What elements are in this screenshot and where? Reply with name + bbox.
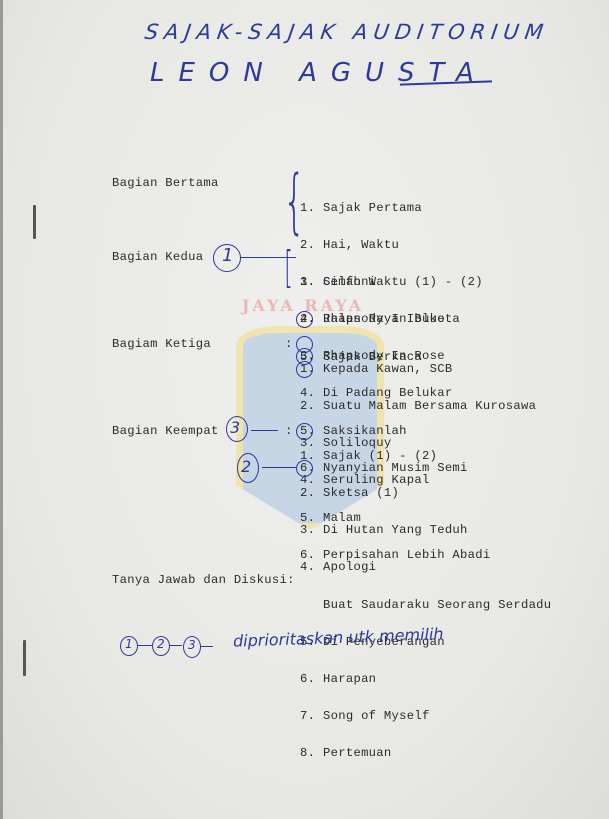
note-number: 3 xyxy=(188,638,196,652)
section-label-3: Bagiam Ketiga xyxy=(112,338,211,350)
ink-circle xyxy=(296,423,313,440)
ink-dash xyxy=(201,646,213,647)
list-item: 2.Sketsa (1) xyxy=(300,487,551,499)
section-list-4: 1.Sajak (1) - (2) 2.Sketsa (1) 3.Di Huta… xyxy=(300,425,551,785)
ink-circle xyxy=(296,311,313,328)
ink-dash xyxy=(169,645,182,646)
ink-circle xyxy=(296,460,313,477)
list-item: 1.Sajak Pertama xyxy=(300,202,483,214)
staple-mark xyxy=(23,640,26,676)
list-item: 7.Song of Myself xyxy=(300,710,551,722)
section-label-4: Bagian Keempat xyxy=(112,425,219,437)
list-item: 1.Simfoni xyxy=(300,276,468,288)
section-label-2: Bagian Kedua xyxy=(112,251,203,263)
list-item: 2.Hai, Waktu xyxy=(300,239,483,251)
list-item: 2.Suatu Malam Bersama Kurosawa xyxy=(300,400,536,412)
section-label-1: Bagian Bertama xyxy=(112,177,219,189)
ink-dash xyxy=(137,645,152,646)
list-item: 3.Di Hutan Yang Teduh xyxy=(300,524,551,536)
list-item: 1.Kepada Kawan, SCB xyxy=(300,363,536,375)
list-item: 8.Pertemuan xyxy=(300,747,551,759)
handwritten-title: SAJAK-SAJAK AUDITORIUM xyxy=(143,20,550,44)
page-binding-edge xyxy=(0,0,3,819)
list-item: 4.Apologi xyxy=(300,561,551,573)
list-item: 1.Sajak (1) - (2) xyxy=(300,450,551,462)
list-item: 2.Jalan Raya Ibukota xyxy=(300,313,468,325)
note-number: 2 xyxy=(157,637,165,651)
annotation-number: 3 xyxy=(230,418,240,437)
document-page: JAYA RAYA SAJAK-SAJAK AUDITORIUM LEON AG… xyxy=(0,0,609,819)
colon: : xyxy=(285,425,293,437)
staple-mark xyxy=(33,205,36,239)
colon: : xyxy=(285,338,293,350)
discussion-label: Tanya Jawab dan Diskusi: xyxy=(112,574,295,586)
ink-arrow-line xyxy=(251,430,278,431)
ink-brace: [ xyxy=(284,242,293,293)
ink-circle xyxy=(296,361,313,378)
list-item: 6.Harapan xyxy=(300,673,551,685)
list-item: Buat Saudaraku Seorang Serdadu xyxy=(300,599,551,611)
note-number: 1 xyxy=(125,637,133,651)
annotation-number: 2 xyxy=(241,457,251,476)
annotation-number: 1 xyxy=(222,245,233,266)
ink-arrow-line xyxy=(262,467,296,468)
